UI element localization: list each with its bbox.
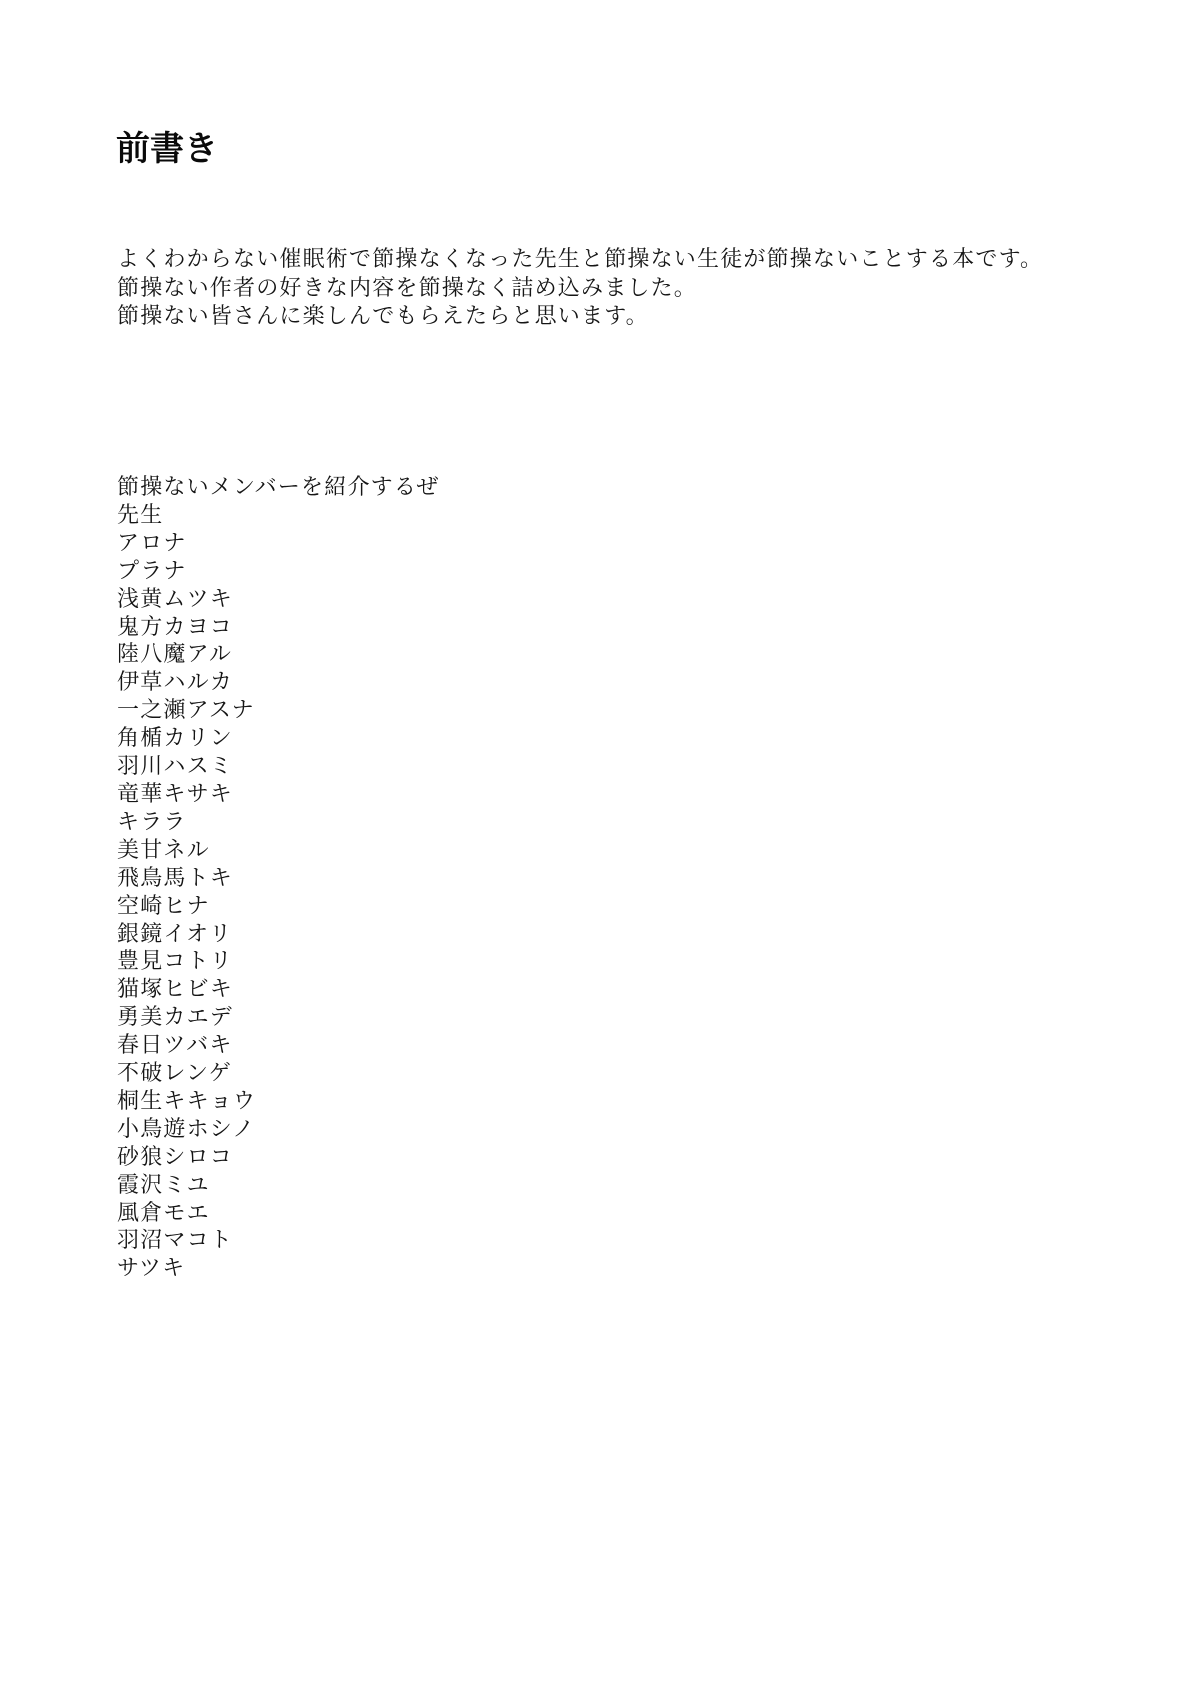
- member-list-section: 節操ないメンバーを紹介するぜ 先生 アロナ プラナ 浅黄ムツキ 鬼方カヨコ 陸八…: [117, 474, 440, 1283]
- member-name: 猫塚ヒビキ: [117, 976, 440, 1004]
- document-page: 前書き よくわからない催眠術で節操なくなった先生と節操ない生徒が節操ないことする…: [0, 0, 1200, 1694]
- member-name: 砂狼シロコ: [117, 1144, 440, 1172]
- member-name: 春日ツバキ: [117, 1032, 440, 1060]
- member-name: 浅黄ムツキ: [117, 586, 440, 614]
- member-name: 霞沢ミユ: [117, 1172, 440, 1200]
- member-name: 竜華キサキ: [117, 781, 440, 809]
- member-name: 飛鳥馬トキ: [117, 865, 440, 893]
- member-name: プラナ: [117, 558, 440, 586]
- member-name: 羽沼マコト: [117, 1227, 440, 1255]
- member-name: 風倉モエ: [117, 1200, 440, 1228]
- member-list-heading: 節操ないメンバーを紹介するぜ: [117, 474, 440, 502]
- member-name: 陸八魔アル: [117, 641, 440, 669]
- member-name: 不破レンゲ: [117, 1060, 440, 1088]
- member-name: アロナ: [117, 530, 440, 558]
- member-name: 先生: [117, 502, 440, 530]
- member-name: サツキ: [117, 1255, 440, 1283]
- member-list: 先生 アロナ プラナ 浅黄ムツキ 鬼方カヨコ 陸八魔アル 伊草ハルカ 一之瀬アス…: [117, 502, 440, 1283]
- intro-line: 節操ない作者の好きな内容を節操なく詰め込みました。: [117, 275, 1043, 304]
- intro-paragraph: よくわからない催眠術で節操なくなった先生と節操ない生徒が節操ないことする本です。…: [117, 246, 1043, 332]
- member-name: 空崎ヒナ: [117, 893, 440, 921]
- member-name: 伊草ハルカ: [117, 669, 440, 697]
- page-title: 前書き: [116, 128, 218, 170]
- member-name: 銀鏡イオリ: [117, 921, 440, 949]
- member-name: 鬼方カヨコ: [117, 614, 440, 642]
- member-name: 勇美カエデ: [117, 1004, 440, 1032]
- member-name: 一之瀬アスナ: [117, 697, 440, 725]
- member-name: 桐生キキョウ: [117, 1088, 440, 1116]
- member-name: 角楯カリン: [117, 725, 440, 753]
- member-name: キララ: [117, 809, 440, 837]
- member-name: 豊見コトリ: [117, 948, 440, 976]
- member-name: 美甘ネル: [117, 837, 440, 865]
- member-name: 羽川ハスミ: [117, 753, 440, 781]
- member-name: 小鳥遊ホシノ: [117, 1116, 440, 1144]
- intro-line: 節操ない皆さんに楽しんでもらえたらと思います。: [117, 303, 1043, 332]
- intro-line: よくわからない催眠術で節操なくなった先生と節操ない生徒が節操ないことする本です。: [117, 246, 1043, 275]
